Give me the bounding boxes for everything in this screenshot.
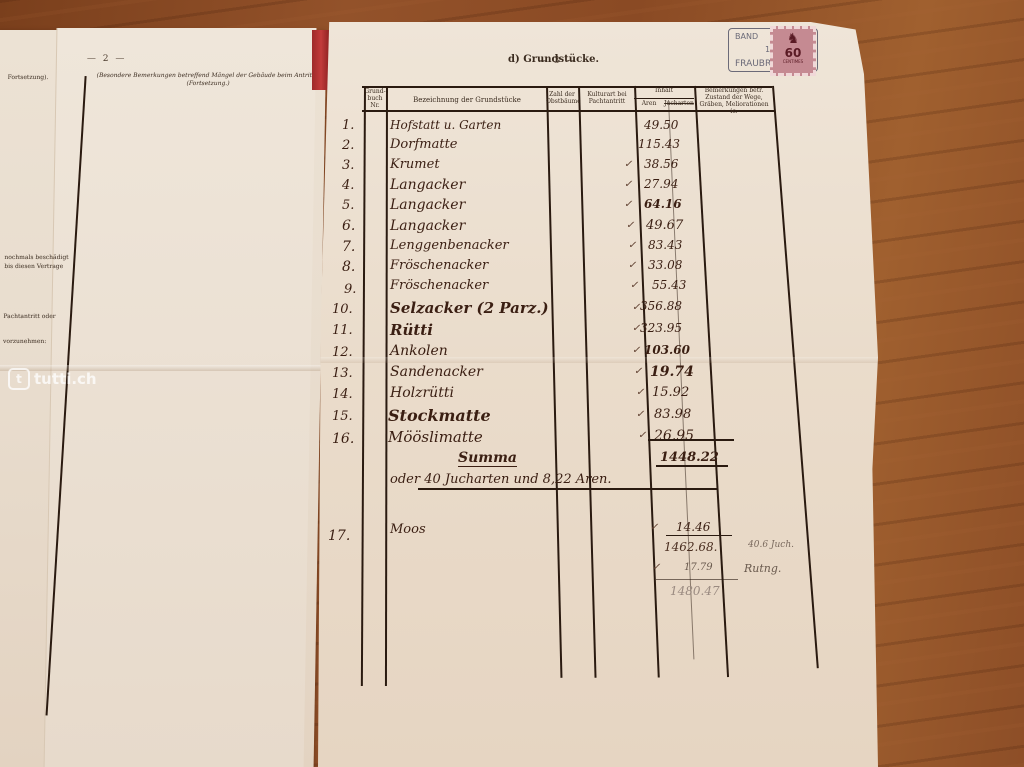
row-aren: 49.67	[646, 218, 683, 233]
row-nr: 10.	[332, 302, 353, 317]
subtotal: 1462.68.	[664, 540, 717, 554]
col-line-3	[546, 86, 562, 678]
row-nr: 6.	[342, 218, 355, 234]
header-bemerkungen: Bemerkungen betr. Zustand der Wege, Gräb…	[696, 88, 772, 116]
row-aren: 55.43	[652, 278, 686, 292]
row-nr: 11.	[332, 323, 353, 338]
row-aren: 64.16	[644, 197, 682, 211]
summa-note-underline	[418, 488, 718, 490]
summa-under-rule	[656, 465, 728, 467]
row-name: Langacker	[390, 218, 465, 234]
summa-note: oder 40 Jucharten und 8,22 Aren.	[390, 472, 612, 487]
check-mark: ✓	[628, 260, 636, 271]
revenue-stamp: ♞ 60 CENTIMES	[770, 26, 816, 76]
header-bezeichnung: Bezeichnung der Grundstücke	[388, 96, 546, 104]
row-nr: 2.	[342, 138, 354, 153]
row-aren: 38.56	[644, 157, 678, 171]
header-inhalt: Inhalt	[634, 88, 694, 95]
left-margin-line-3: Pachtantritt oder	[3, 313, 55, 320]
row-name: Langacker	[390, 197, 465, 213]
col-line-7	[772, 86, 818, 668]
subtotal-note: 40.6 Juch.	[748, 540, 794, 550]
col-line-5	[634, 86, 659, 678]
row-nr: 5.	[342, 198, 354, 213]
row-name: Lenggenbenacker	[390, 238, 509, 253]
addition-value: 17.79	[684, 562, 713, 573]
row-nr: 4.	[342, 178, 354, 193]
summa-over-rule	[648, 439, 734, 441]
inhalt-sub-rule	[634, 98, 694, 99]
summa-value: 1448.22	[660, 450, 719, 465]
check-mark: ✓	[636, 387, 644, 398]
row-nr: 17.	[328, 528, 350, 544]
left-margin-line-4: vorzunehmen:	[3, 338, 46, 345]
left-margin-line-2: bis diesen Vertrage	[4, 263, 63, 270]
left-page-header-fragment: Fortsetzung).	[8, 74, 49, 81]
tutti-watermark: t tutti.ch	[8, 368, 97, 390]
stamp-value: 60	[773, 47, 813, 59]
row-aren: 33.08	[648, 258, 682, 272]
grand-total-rule	[656, 579, 738, 580]
check-mark: ✓	[650, 522, 658, 533]
check-mark: ✓	[630, 280, 638, 291]
row-nr: 8.	[342, 259, 355, 275]
row-aren: 27.94	[644, 177, 678, 191]
left-margin-line-1: nochmals beschädigt	[4, 254, 68, 261]
row-nr: 15.	[332, 409, 353, 424]
left-page-leaf: — 2 — (Besondere Bemerkungen betreffend …	[44, 28, 317, 767]
row-name: Mööslimatte	[388, 428, 483, 446]
grand-total: 1480.47	[670, 584, 720, 598]
left-page-number: — 2 —	[87, 54, 127, 64]
row-name: Krumet	[390, 157, 440, 172]
left-page: — 2 — (Besondere Bemerkungen betreffend …	[0, 30, 326, 767]
row17-rule	[666, 535, 732, 536]
row-nr: 3.	[342, 158, 354, 173]
row-name: Fröschenacker	[390, 258, 488, 273]
stamp-caption: CENTIMES	[773, 59, 813, 64]
check-mark: ✓	[624, 179, 632, 190]
row-aren: 103.60	[644, 343, 690, 357]
col-line-4	[578, 86, 596, 678]
row-aren: 49.50	[644, 118, 678, 132]
header-kulturart: Kulturart bei Pachtantritt	[580, 92, 634, 106]
header-obstbaeume: Zahl der Obstbäume	[546, 92, 578, 106]
right-page-fold	[318, 357, 878, 363]
left-page-header: (Besondere Bemerkungen betreffend Mängel…	[97, 72, 317, 79]
check-mark: ✓	[636, 409, 644, 420]
row-name: Stockmatte	[388, 406, 491, 425]
row-nr: 7.	[342, 239, 355, 255]
row-name: Moos	[390, 522, 426, 537]
header-jucharten: Jucharten	[664, 101, 694, 108]
right-page: — 3 — d) Grundstücke. BAND 17 FRAUBRUNNE…	[318, 22, 878, 767]
check-mark: ✓	[638, 430, 646, 441]
row-aren: 83.43	[648, 238, 682, 252]
row-name: Fröschenacker	[390, 278, 488, 293]
row-aren: 19.74	[650, 364, 694, 380]
header-grundbuch-nr: Grund-buch Nr.	[364, 89, 386, 110]
row-aren: 356.88	[640, 299, 682, 313]
check-mark: ✓	[628, 240, 636, 251]
postmark-top: BAND	[735, 32, 758, 41]
check-mark: ✓	[626, 220, 634, 231]
tutti-logo-icon: t	[8, 368, 30, 390]
summa-label: Summa	[458, 450, 517, 467]
row-name: Holzrütti	[390, 385, 454, 401]
col-line-1	[361, 86, 366, 686]
check-mark: ✓	[634, 366, 642, 377]
row-name: Dorfmatte	[390, 137, 458, 152]
row-aren: 323.95	[640, 321, 682, 335]
row-aren: 14.46	[676, 520, 710, 534]
row-nr: 14.	[332, 387, 353, 402]
addition-note: Rutng.	[744, 562, 781, 575]
row-nr: 1.	[342, 118, 354, 133]
row-aren: 26.95	[654, 428, 694, 444]
section-title: d) Grundstücke.	[508, 54, 599, 65]
row-aren: 83.98	[654, 407, 691, 422]
watermark-text: tutti.ch	[34, 370, 97, 388]
left-page-margin-rule	[46, 76, 87, 715]
row-aren: 115.43	[638, 137, 680, 151]
check-mark: ✓	[632, 345, 640, 356]
addition-check-mark: ✓	[652, 562, 660, 573]
row-name: Selzacker (2 Parz.)	[390, 299, 549, 317]
bear-icon: ♞	[773, 31, 813, 47]
row-name: Langacker	[390, 177, 465, 193]
check-mark: ✓	[624, 159, 632, 170]
left-page-header-sub: (Fortsetzung.)	[186, 80, 229, 87]
col-line-2	[385, 86, 388, 686]
row-aren: 15.92	[652, 385, 689, 400]
row-nr: 13.	[332, 366, 353, 381]
row-nr: 16.	[332, 431, 354, 447]
book-spine	[312, 30, 330, 90]
row-nr: 9.	[344, 282, 356, 297]
row-name: Hofstatt u. Garten	[390, 118, 501, 132]
row-name: Rütti	[390, 321, 433, 339]
check-mark: ✓	[624, 199, 632, 210]
row-name: Sandenacker	[390, 364, 483, 380]
header-aren: Aren	[634, 101, 664, 108]
